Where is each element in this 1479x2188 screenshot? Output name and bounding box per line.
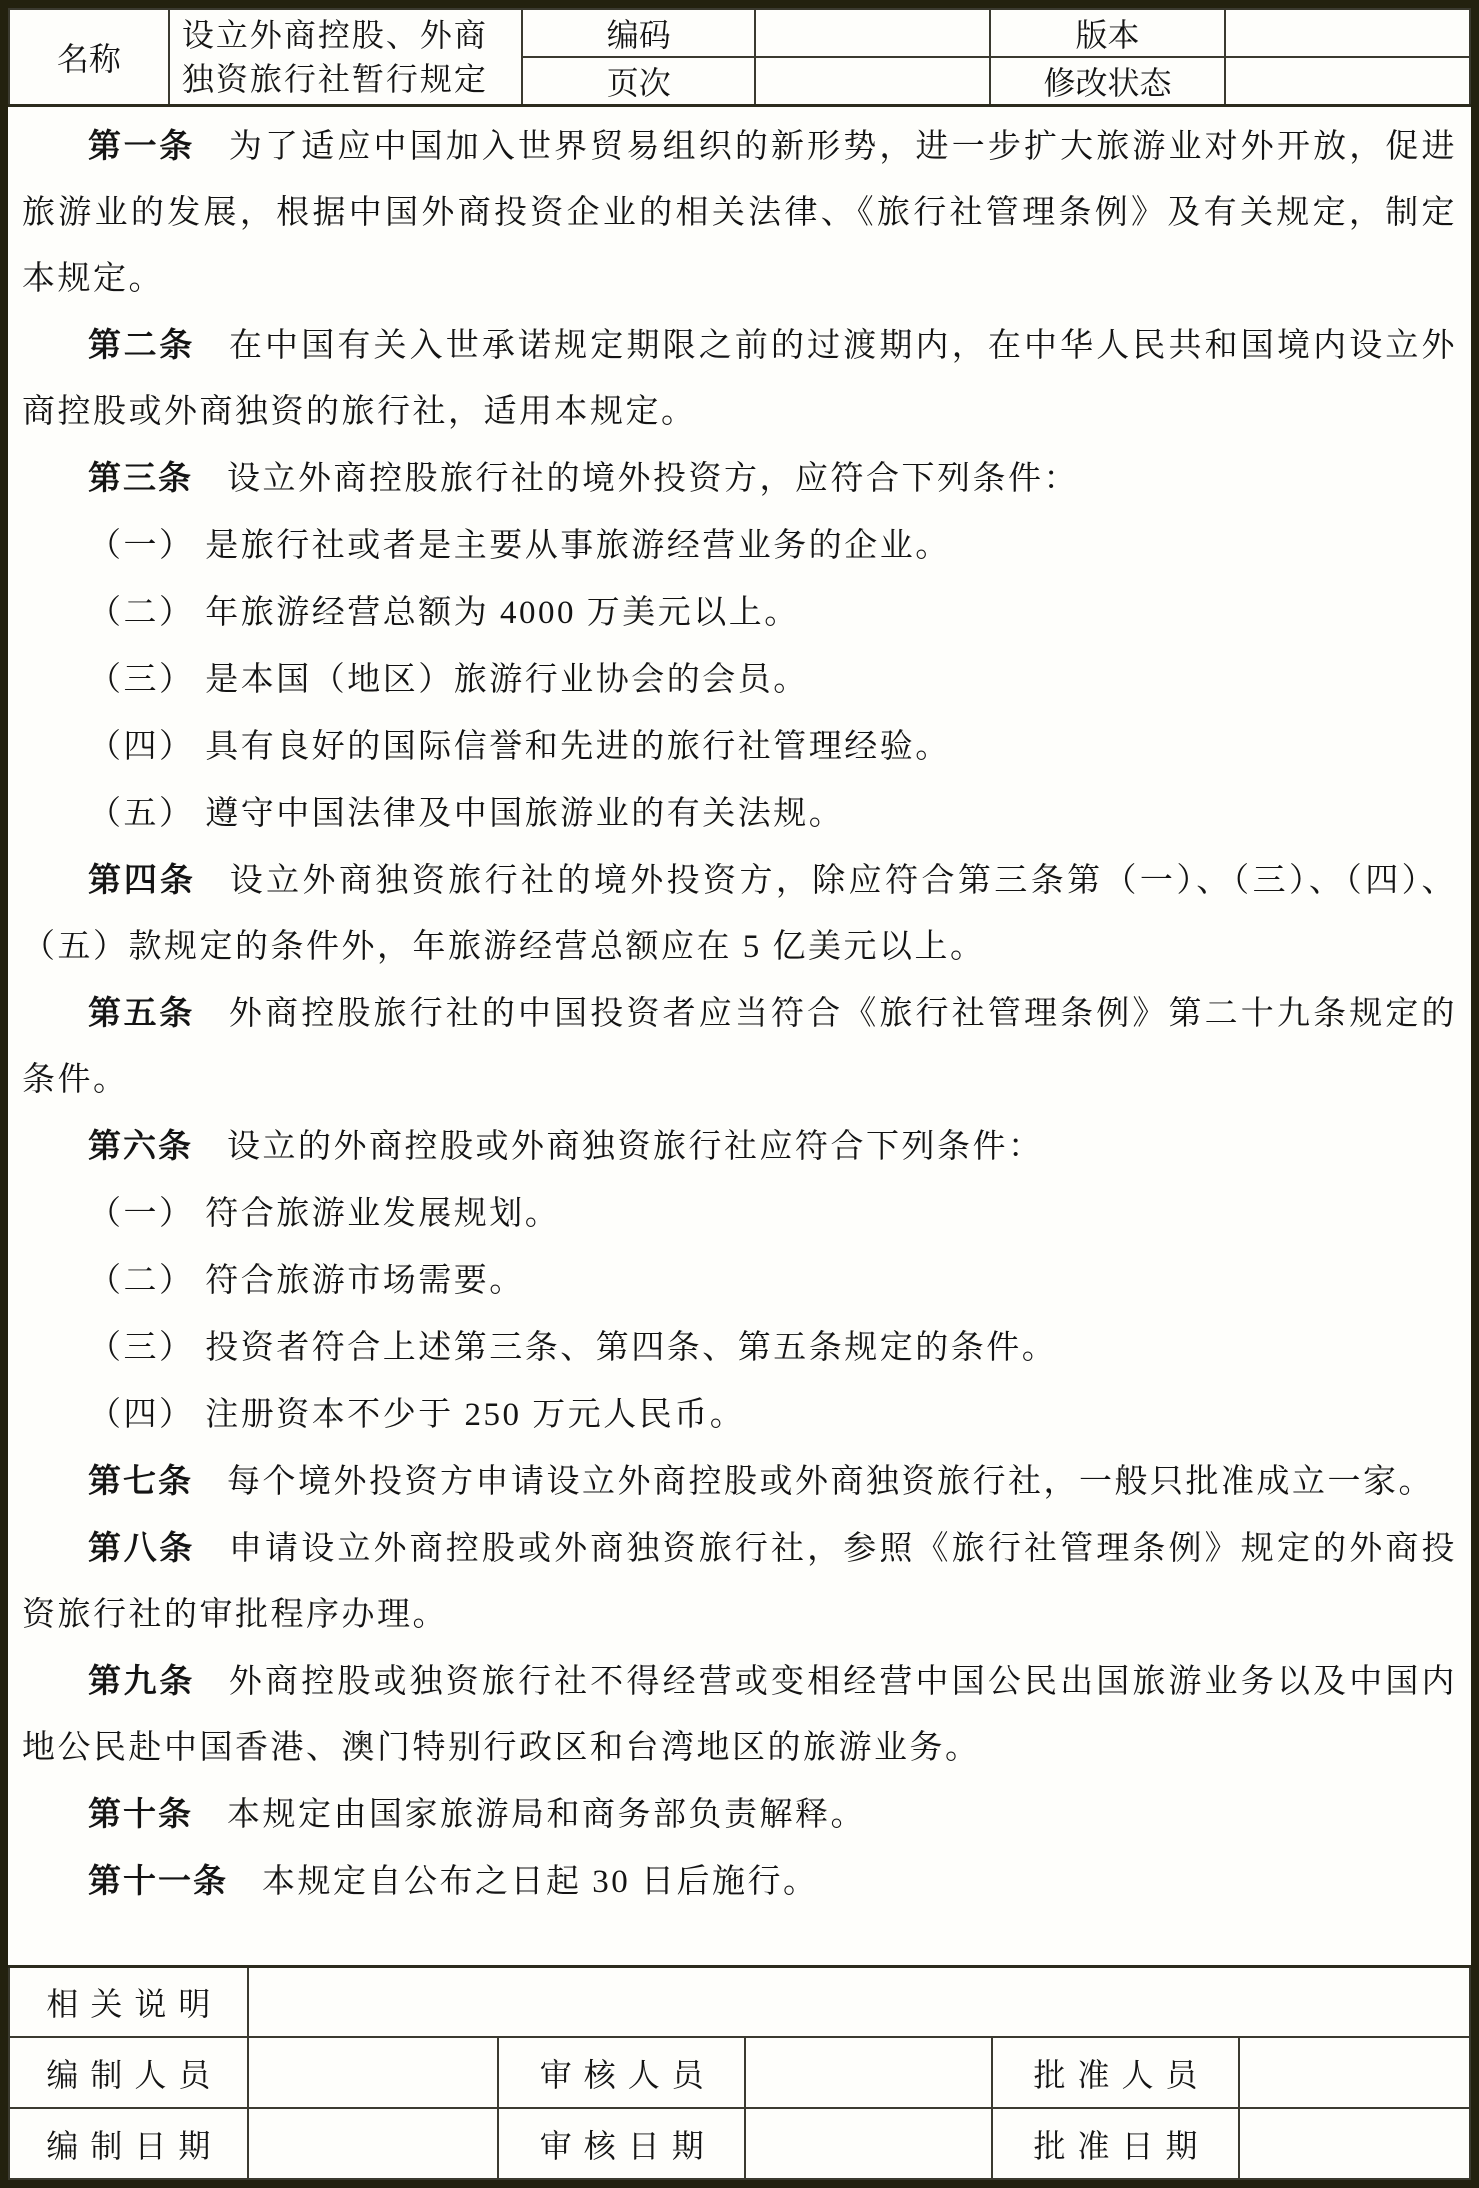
- article-3-item-4: （四） 具有良好的国际信誉和先进的旅行社管理经验。: [22, 713, 1457, 780]
- document-page: 名称 设立外商控股、外商 独资旅行社暂行规定 编码 版本 页次 修改状态 第一条…: [0, 0, 1479, 2188]
- related-notes-value-cell: [248, 1966, 1470, 2037]
- article-2-number: 第二条: [88, 326, 195, 363]
- article-7-number: 第七条: [88, 1462, 193, 1499]
- article-10-number: 第十条: [88, 1795, 193, 1832]
- article-3-number: 第三条: [88, 459, 193, 496]
- reviewed-by-value-cell: [745, 2037, 992, 2108]
- prepared-by-value-cell: [248, 2037, 499, 2108]
- prepared-by-label: 编制人员: [9, 2037, 248, 2108]
- article-3-text: 设立外商控股旅行社的境外投资方，应符合下列条件：: [227, 461, 1079, 497]
- header-table: 名称 设立外商控股、外商 独资旅行社暂行规定 编码 版本 页次 修改状态: [8, 8, 1471, 107]
- name-label: 名称: [9, 9, 169, 106]
- document-title-line2: 独资旅行社暂行规定: [182, 61, 488, 97]
- related-notes-label: 相关说明: [9, 1966, 248, 2037]
- article-2: 第二条在中国有关入世承诺规定期限之前的过渡期内，在中华人民共和国境内设立外商控股…: [22, 312, 1457, 445]
- revision-status-label: 修改状态: [990, 57, 1226, 106]
- article-7-text: 每个境外投资方申请设立外商控股或外商独资旅行社，一般只批准成立一家。: [227, 1464, 1434, 1500]
- article-10-text: 本规定由国家旅游局和商务部负责解释。: [227, 1797, 866, 1833]
- article-6-item-3: （三） 投资者符合上述第三条、第四条、第五条规定的条件。: [22, 1314, 1457, 1381]
- revision-status-value-cell: [1225, 57, 1470, 106]
- article-6-number: 第六条: [88, 1127, 193, 1164]
- article-6-item-4-text: （四） 注册资本不少于 250 万元人民币。: [88, 1397, 745, 1433]
- article-2-text: 在中国有关入世承诺规定期限之前的过渡期内，在中华人民共和国境内设立外商控股或外商…: [22, 328, 1457, 430]
- article-7: 第七条每个境外投资方申请设立外商控股或外商独资旅行社，一般只批准成立一家。: [22, 1448, 1457, 1515]
- version-label: 版本: [990, 9, 1226, 57]
- code-label: 编码: [522, 9, 755, 57]
- prepared-date-label: 编制日期: [9, 2108, 248, 2179]
- article-8-number: 第八条: [88, 1529, 195, 1566]
- reviewed-date-label: 审核日期: [498, 2108, 745, 2179]
- article-6-item-4: （四） 注册资本不少于 250 万元人民币。: [22, 1381, 1457, 1448]
- article-1-text: 为了适应中国加入世界贸易组织的新形势，进一步扩大旅游业对外开放，促进旅游业的发展…: [22, 129, 1457, 297]
- article-3-item-2-text: （二） 年旅游经营总额为 4000 万美元以上。: [88, 595, 800, 631]
- article-6-item-1: （一） 符合旅游业发展规划。: [22, 1180, 1457, 1247]
- article-9-number: 第九条: [88, 1662, 195, 1699]
- article-3-item-2: （二） 年旅游经营总额为 4000 万美元以上。: [22, 579, 1457, 646]
- approved-date-value-cell: [1239, 2108, 1470, 2179]
- article-3-item-3-text: （三） 是本国（地区）旅游行业协会的会员。: [88, 662, 809, 698]
- footer-table: 相关说明 编制人员 审核人员 批准人员 编制日期 审核日期 批准日期: [8, 1965, 1471, 2181]
- article-1: 第一条为了适应中国加入世界贸易组织的新形势，进一步扩大旅游业对外开放，促进旅游业…: [22, 113, 1457, 312]
- article-9-text: 外商控股或独资旅行社不得经营或变相经营中国公民出国旅游业务以及中国内地公民赴中国…: [22, 1664, 1457, 1766]
- article-11-number: 第十一条: [88, 1862, 228, 1899]
- article-5: 第五条外商控股旅行社的中国投资者应当符合《旅行社管理条例》第二十九条规定的条件。: [22, 980, 1457, 1113]
- approved-by-value-cell: [1239, 2037, 1470, 2108]
- article-3-item-1: （一） 是旅行社或者是主要从事旅游经营业务的企业。: [22, 512, 1457, 579]
- reviewed-by-label: 审核人员: [498, 2037, 745, 2108]
- article-4: 第四条设立外商独资旅行社的境外投资方，除应符合第三条第（一）、（三）、（四）、（…: [22, 847, 1457, 980]
- article-3: 第三条设立外商控股旅行社的境外投资方，应符合下列条件：: [22, 445, 1457, 512]
- article-3-item-5: （五） 遵守中国法律及中国旅游业的有关法规。: [22, 780, 1457, 847]
- page-number-label: 页次: [522, 57, 755, 106]
- regulation-body: 第一条为了适应中国加入世界贸易组织的新形势，进一步扩大旅游业对外开放，促进旅游业…: [8, 107, 1471, 1965]
- approved-date-label: 批准日期: [992, 2108, 1240, 2179]
- page-number-value-cell: [755, 57, 990, 106]
- article-4-text: 设立外商独资旅行社的境外投资方，除应符合第三条第（一）、（三）、（四）、（五）款…: [22, 863, 1457, 965]
- article-3-item-4-text: （四） 具有良好的国际信誉和先进的旅行社管理经验。: [88, 729, 951, 765]
- article-5-text: 外商控股旅行社的中国投资者应当符合《旅行社管理条例》第二十九条规定的条件。: [22, 996, 1457, 1098]
- article-9: 第九条外商控股或独资旅行社不得经营或变相经营中国公民出国旅游业务以及中国内地公民…: [22, 1648, 1457, 1781]
- article-6-item-3-text: （三） 投资者符合上述第三条、第四条、第五条规定的条件。: [88, 1330, 1057, 1366]
- article-6-item-1-text: （一） 符合旅游业发展规划。: [88, 1196, 560, 1232]
- code-value-cell: [755, 9, 990, 57]
- article-4-number: 第四条: [88, 861, 196, 898]
- article-3-item-1-text: （一） 是旅行社或者是主要从事旅游经营业务的企业。: [88, 528, 951, 564]
- article-11: 第十一条本规定自公布之日起 30 日后施行。: [22, 1848, 1457, 1915]
- article-11-text: 本规定自公布之日起 30 日后施行。: [262, 1864, 819, 1900]
- article-6: 第六条设立的外商控股或外商独资旅行社应符合下列条件：: [22, 1113, 1457, 1180]
- document-title-line1: 设立外商控股、外商: [182, 17, 488, 53]
- article-8: 第八条申请设立外商控股或外商独资旅行社，参照《旅行社管理条例》规定的外商投资旅行…: [22, 1515, 1457, 1648]
- article-5-number: 第五条: [88, 994, 195, 1031]
- article-3-item-5-text: （五） 遵守中国法律及中国旅游业的有关法规。: [88, 796, 844, 832]
- reviewed-date-value-cell: [745, 2108, 992, 2179]
- version-value-cell: [1225, 9, 1470, 57]
- article-3-item-3: （三） 是本国（地区）旅游行业协会的会员。: [22, 646, 1457, 713]
- article-6-item-2-text: （二） 符合旅游市场需要。: [88, 1263, 525, 1299]
- article-6-text: 设立的外商控股或外商独资旅行社应符合下列条件：: [227, 1129, 1044, 1165]
- approved-by-label: 批准人员: [992, 2037, 1240, 2108]
- article-1-number: 第一条: [88, 127, 195, 164]
- document-title: 设立外商控股、外商 独资旅行社暂行规定: [169, 9, 523, 106]
- article-8-text: 申请设立外商控股或外商独资旅行社，参照《旅行社管理条例》规定的外商投资旅行社的审…: [22, 1531, 1457, 1633]
- article-10: 第十条本规定由国家旅游局和商务部负责解释。: [22, 1781, 1457, 1848]
- article-6-item-2: （二） 符合旅游市场需要。: [22, 1247, 1457, 1314]
- prepared-date-value-cell: [248, 2108, 499, 2179]
